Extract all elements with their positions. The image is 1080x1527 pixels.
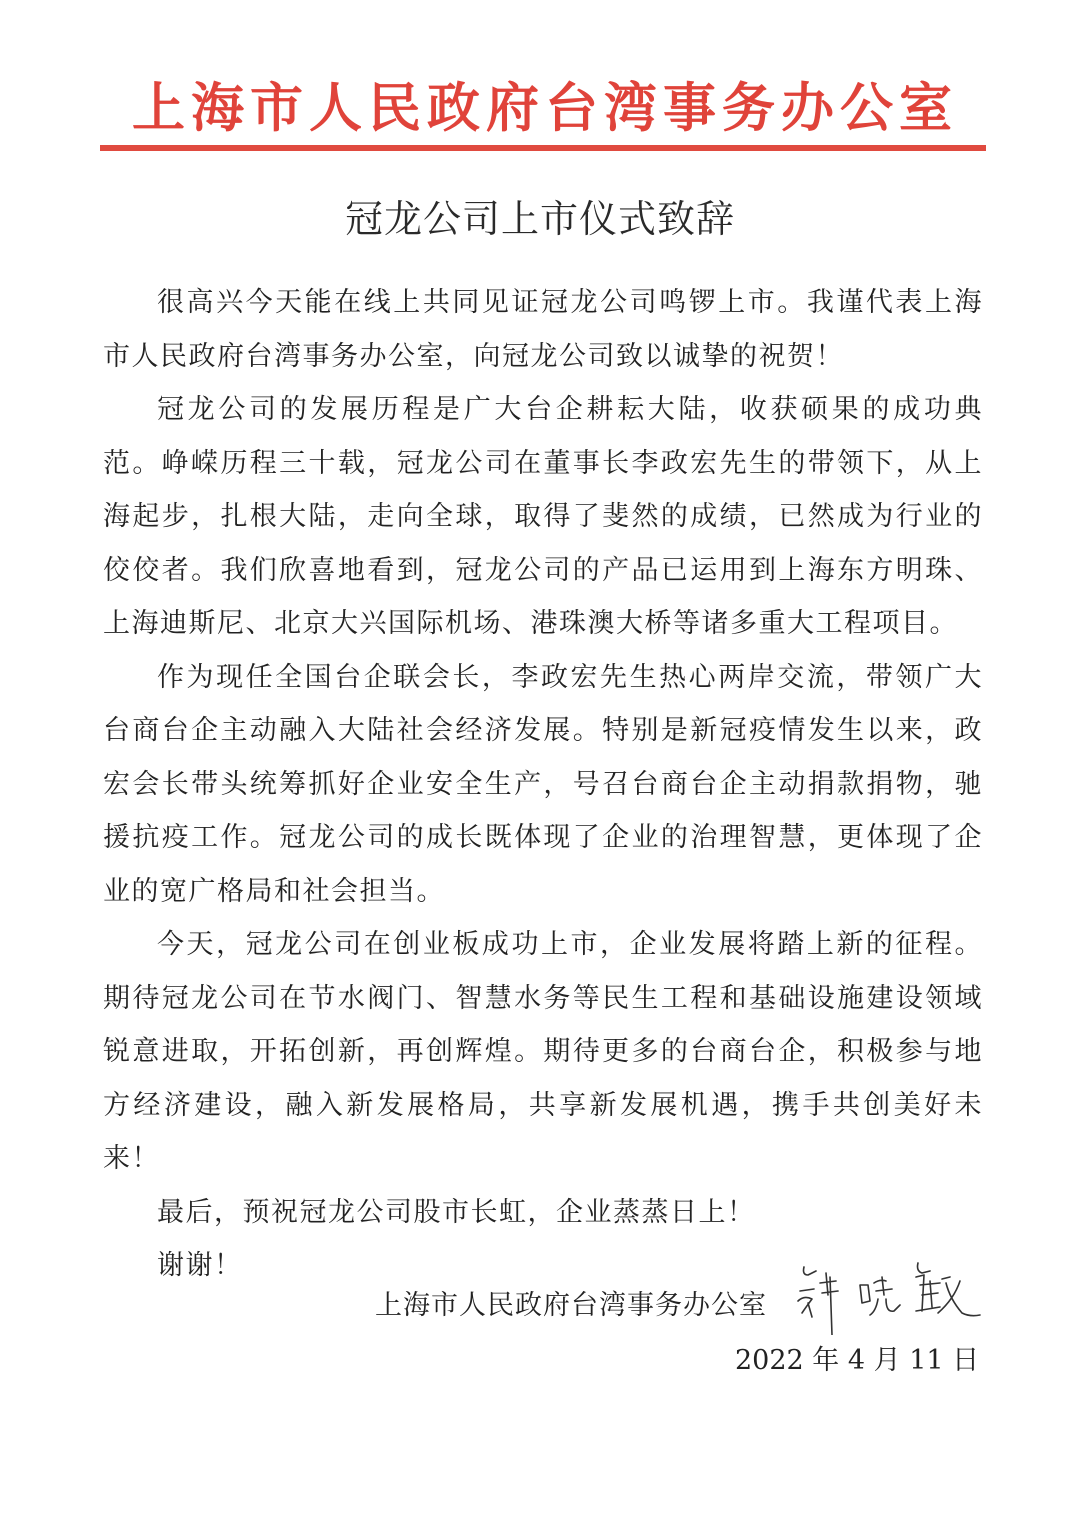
handwritten-signature — [790, 1255, 990, 1335]
signoff-organization: 上海市人民政府台湾事务办公室 — [375, 1283, 767, 1322]
letterhead-org-name: 上海市人民政府台湾事务办公室 — [100, 76, 990, 140]
letterhead-red-rule — [100, 145, 986, 151]
paragraph-history: 冠龙公司的发展历程是广大台企耕耘大陆，收获硕果的成功典范。峥嵘历程三十载，冠龙公… — [103, 383, 983, 651]
paragraph-listing: 今天，冠龙公司在创业板成功上市，企业发展将踏上新的征程。期待冠龙公司在节水阀门、… — [103, 918, 983, 1186]
paragraph-chairman: 作为现任全国台企联会长，李政宏先生热心两岸交流，带领广大台商台企主动融入大陆社会… — [103, 651, 983, 919]
signoff-date: 2022 年 4 月 11 日 — [735, 1338, 979, 1377]
paragraph-wishes: 最后，预祝冠龙公司股市长虹，企业蒸蒸日上！ — [103, 1186, 983, 1240]
document-body: 很高兴今天能在线上共同见证冠龙公司鸣锣上市。我谨代表上海市人民政府台湾事务办公室… — [103, 276, 983, 1293]
document-title: 冠龙公司上市仪式致辞 — [0, 192, 1080, 246]
paragraph-opening: 很高兴今天能在线上共同见证冠龙公司鸣锣上市。我谨代表上海市人民政府台湾事务办公室… — [103, 276, 983, 383]
